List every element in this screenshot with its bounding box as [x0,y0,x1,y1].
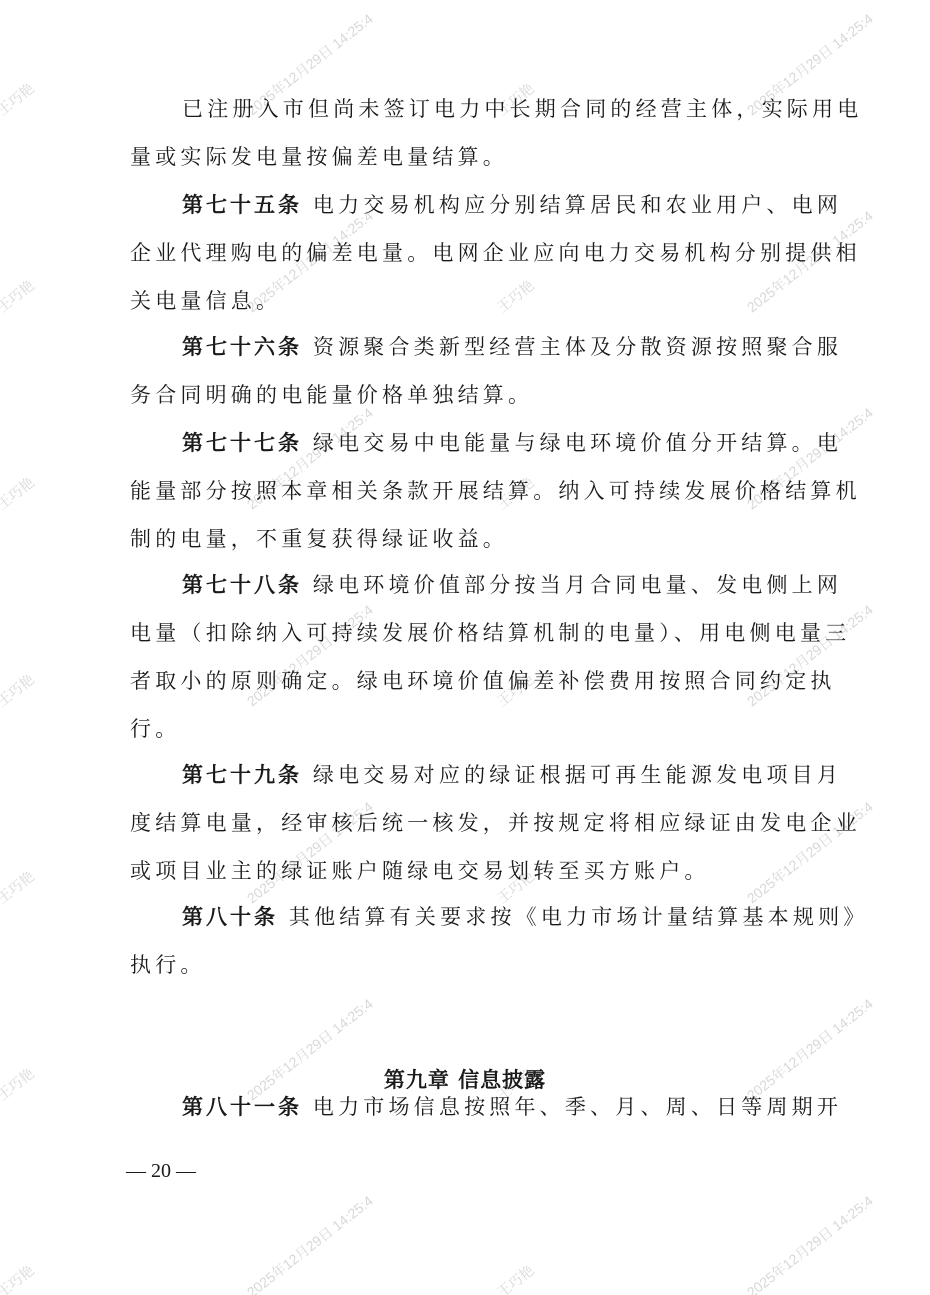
text-line: 第八十条 其他结算有关要求按《电力市场计量结算基本规则》 [182,902,868,932]
line-text: 执行。 [130,953,206,977]
watermark-text: 2025年12月29日 14:25:4 [243,1191,377,1295]
watermark-text: 王巧艳 [493,1260,538,1295]
line-text: 能量部分按照本章相关条款开展结算。纳入可持续发展价格结算机 [130,479,861,503]
text-line: 第七十六条 资源聚合类新型经营主体及分散资源按照聚合服 [182,332,842,362]
line-text: 电量（扣除纳入可持续发展价格结算机制的电量）、用电侧电量三 [130,621,850,645]
article-number: 第七十六条 [182,334,302,359]
line-text: 量或实际发电量按偏差电量结算。 [130,145,508,169]
text-line: 第七十九条 绿电交易对应的绿证根据可再生能源发电项目月 [182,760,842,790]
line-text: 或项目业主的绿证账户随绿电交易划转至买方账户。 [130,859,710,883]
line-text: 绿电交易对应的绿证根据可再生能源发电项目月 [302,763,842,787]
line-text: 务合同明确的电能量价格单独结算。 [130,383,533,407]
page-number: — 20 — [126,1160,196,1183]
article-number: 第七十八条 [182,572,302,597]
line-text: 者取小的原则确定。绿电环境价值偏差补偿费用按照合同约定执 [130,669,836,693]
text-line: 度结算电量，经审核后统一核发，并按规定将相应绿证由发电企业 [130,808,861,838]
watermark-text: 王巧艳 [493,275,538,317]
text-line: 第七十七条 绿电交易中电能量与绿电环境价值分开结算。电 [182,428,842,458]
watermark-text: 王巧艳 [0,472,38,514]
line-text: 已注册入市但尚未签订电力中长期合同的经营主体，实际用电 [182,97,862,121]
text-line: 行。 [130,714,180,744]
line-text: 行。 [130,717,180,741]
line-text: 企业代理购电的偏差电量。电网企业应向电力交易机构分别提供相 [130,241,861,265]
watermark-text: 王巧艳 [0,78,38,120]
text-line: 关电量信息。 [130,286,281,316]
text-line: 第七十八条 绿电环境价值部分按当月合同电量、发电侧上网 [182,570,842,600]
document-page: 王巧艳2025年12月29日 14:25:4王巧艳2025年12月29日 14:… [0,0,930,1295]
line-text: 关电量信息。 [130,289,281,313]
text-line: 企业代理购电的偏差电量。电网企业应向电力交易机构分别提供相 [130,238,861,268]
text-line: 者取小的原则确定。绿电环境价值偏差补偿费用按照合同约定执 [130,666,836,696]
text-line: 能量部分按照本章相关条款开展结算。纳入可持续发展价格结算机 [130,476,861,506]
watermark-text: 2025年12月29日 14:25:4 [743,1191,877,1295]
line-text: 绿电环境价值部分按当月合同电量、发电侧上网 [302,573,842,597]
article-number: 第七十七条 [182,430,302,455]
watermark-text: 王巧艳 [0,866,38,908]
line-text: 资源聚合类新型经营主体及分散资源按照聚合服 [302,335,842,359]
chapter-heading: 第九章 信息披露 [0,1064,930,1094]
text-line: 量或实际发电量按偏差电量结算。 [130,142,508,172]
article-number: 第七十五条 [182,192,302,217]
text-line: 第七十五条 电力交易机构应分别结算居民和农业用户、电网 [182,190,842,220]
text-line: 电量（扣除纳入可持续发展价格结算机制的电量）、用电侧电量三 [130,618,850,648]
text-line: 制的电量，不重复获得绿证收益。 [130,524,508,554]
line-text: 电力市场信息按照年、季、月、周、日等周期开 [302,1095,842,1119]
text-line: 已注册入市但尚未签订电力中长期合同的经营主体，实际用电 [182,94,862,124]
article-number: 第七十九条 [182,762,302,787]
line-text: 度结算电量，经审核后统一核发，并按规定将相应绿证由发电企业 [130,811,861,835]
text-line: 或项目业主的绿证账户随绿电交易划转至买方账户。 [130,856,710,886]
text-line: 第八十一条 电力市场信息按照年、季、月、周、日等周期开 [182,1092,842,1122]
watermark-text: 王巧艳 [0,1260,38,1295]
line-text: 制的电量，不重复获得绿证收益。 [130,527,508,551]
text-line: 执行。 [130,950,206,980]
line-text: 绿电交易中电能量与绿电环境价值分开结算。电 [302,431,842,455]
line-text: 电力交易机构应分别结算居民和农业用户、电网 [302,193,842,217]
article-number: 第八十条 [182,904,278,929]
line-text: 其他结算有关要求按《电力市场计量结算基本规则》 [278,905,868,929]
watermark-text: 王巧艳 [0,669,38,711]
article-number: 第八十一条 [182,1094,302,1119]
text-line: 务合同明确的电能量价格单独结算。 [130,380,533,410]
watermark-text: 王巧艳 [0,275,38,317]
